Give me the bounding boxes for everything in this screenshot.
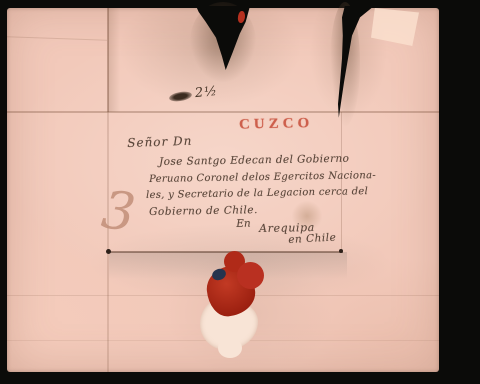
scan-background: 2½ CUZCO 3 Señor Dn Jose Santgo Edecan d… bbox=[0, 0, 480, 384]
address-line-en: En bbox=[236, 217, 251, 229]
address-line-title-3: Gobierno de Chile. bbox=[149, 204, 258, 218]
cuzco-postmark: CUZCO bbox=[239, 116, 313, 134]
seal-torn-paper-tail bbox=[218, 338, 242, 358]
wax-seal-right-lobe bbox=[237, 262, 264, 289]
address-line-salutation: Señor Dn bbox=[127, 134, 193, 150]
fold-line-left-lower bbox=[107, 112, 109, 372]
fold-end-dot-right bbox=[339, 249, 343, 253]
fold-line-left-upper bbox=[107, 8, 109, 112]
fold-end-dot-left bbox=[106, 249, 111, 254]
fold-line-top bbox=[7, 111, 439, 113]
fold-line-panel-bottom bbox=[108, 251, 343, 253]
manuscript-notation: 2½ bbox=[194, 84, 218, 101]
address-line-country: en Chile bbox=[288, 231, 337, 245]
fold-line-right bbox=[341, 112, 342, 252]
fold-shadow-left bbox=[108, 8, 120, 112]
